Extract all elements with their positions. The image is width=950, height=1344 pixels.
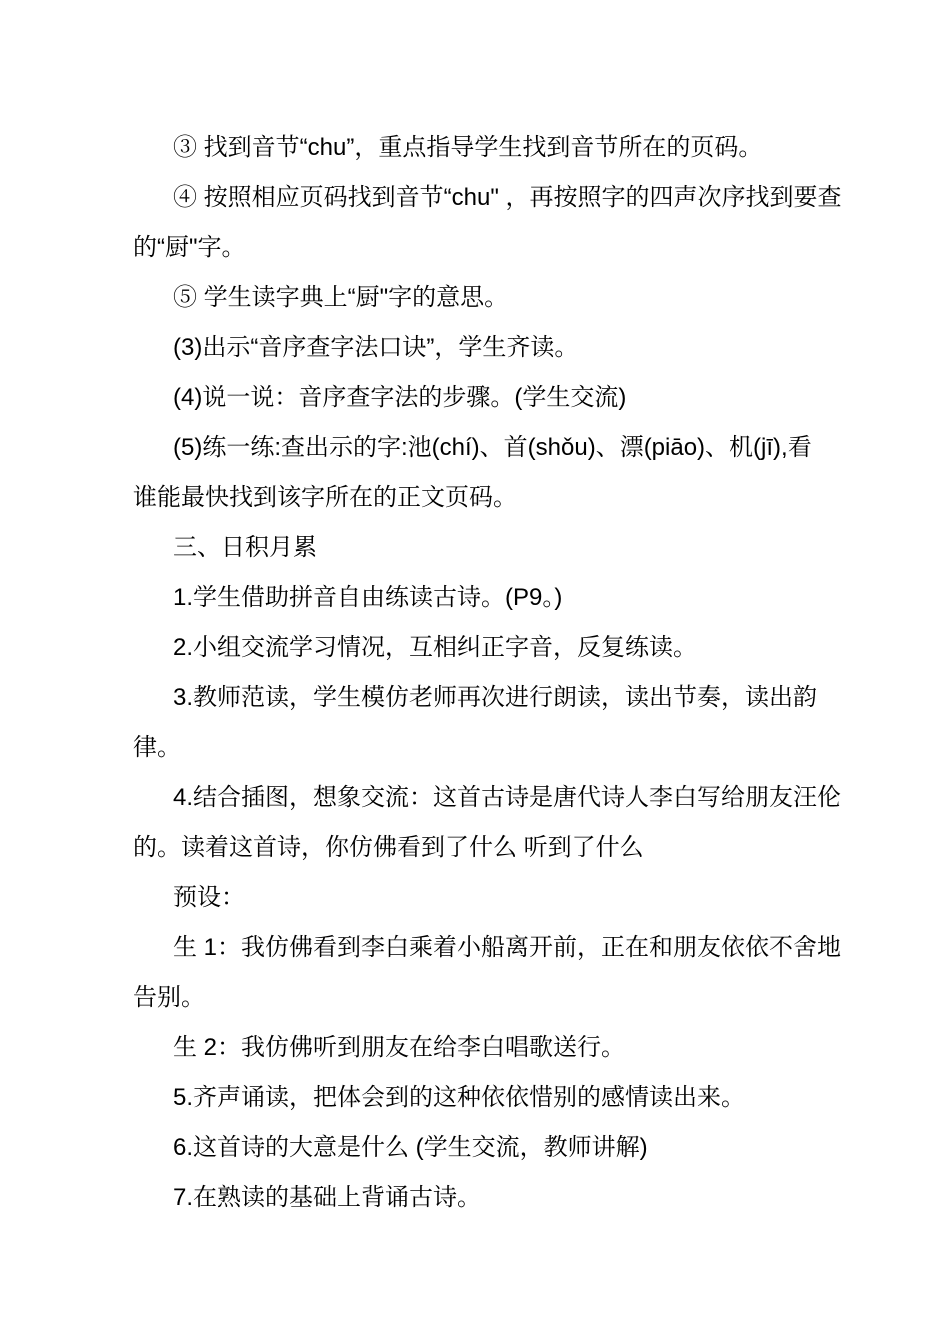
text-line: 告别。 [133, 973, 820, 1023]
text-line: 的。读着这首诗，你仿佛看到了什么 听到了什么 [133, 823, 820, 873]
text-line: 1.学生借助拼音自由练读古诗。(P9。) [133, 573, 820, 623]
text-line: 的“厨"字。 [133, 223, 820, 273]
text-line: 7.在熟读的基础上背诵古诗。 [133, 1173, 820, 1223]
text-line: 3.教师范读，学生模仿老师再次进行朗读，读出节奏，读出韵 [133, 673, 820, 723]
text-line: (3)出示“音序查字法口诀”，学生齐读。 [133, 323, 820, 373]
text-line: ④ 按照相应页码找到音节“chu" ，再按照字的四声次序找到要查 [133, 173, 820, 223]
text-line: 谁能最快找到该字所在的正文页码。 [133, 473, 820, 523]
text-line: (5)练一练:查出示的字:池(chí)、首(shǒu)、漂(piāo)、机(jī… [133, 423, 820, 473]
text-line: 4.结合插图，想象交流：这首古诗是唐代诗人李白写给朋友汪伦 [133, 773, 820, 823]
text-line: 预设： [133, 873, 820, 923]
document-page: ③ 找到音节“chu”，重点指导学生找到音节所在的页码。 ④ 按照相应页码找到音… [0, 0, 950, 1344]
text-line: 5.齐声诵读，把体会到的这种依依惜别的感情读出来。 [133, 1073, 820, 1123]
text-line: 律。 [133, 723, 820, 773]
text-line: 2.小组交流学习情况，互相纠正字音，反复练读。 [133, 623, 820, 673]
text-line: ③ 找到音节“chu”，重点指导学生找到音节所在的页码。 [133, 123, 820, 173]
text-line: (4)说一说：音序查字法的步骤。(学生交流) [133, 373, 820, 423]
text-line: 生 2：我仿佛听到朋友在给李白唱歌送行。 [133, 1023, 820, 1073]
document-text-block: ③ 找到音节“chu”，重点指导学生找到音节所在的页码。 ④ 按照相应页码找到音… [133, 123, 820, 1223]
text-line: ⑤ 学生读字典上“厨"字的意思。 [133, 273, 820, 323]
section-heading: 三、日积月累 [133, 523, 820, 573]
text-line: 6.这首诗的大意是什么 (学生交流，教师讲解) [133, 1123, 820, 1173]
text-line: 生 1：我仿佛看到李白乘着小船离开前，正在和朋友依依不舍地 [133, 923, 820, 973]
